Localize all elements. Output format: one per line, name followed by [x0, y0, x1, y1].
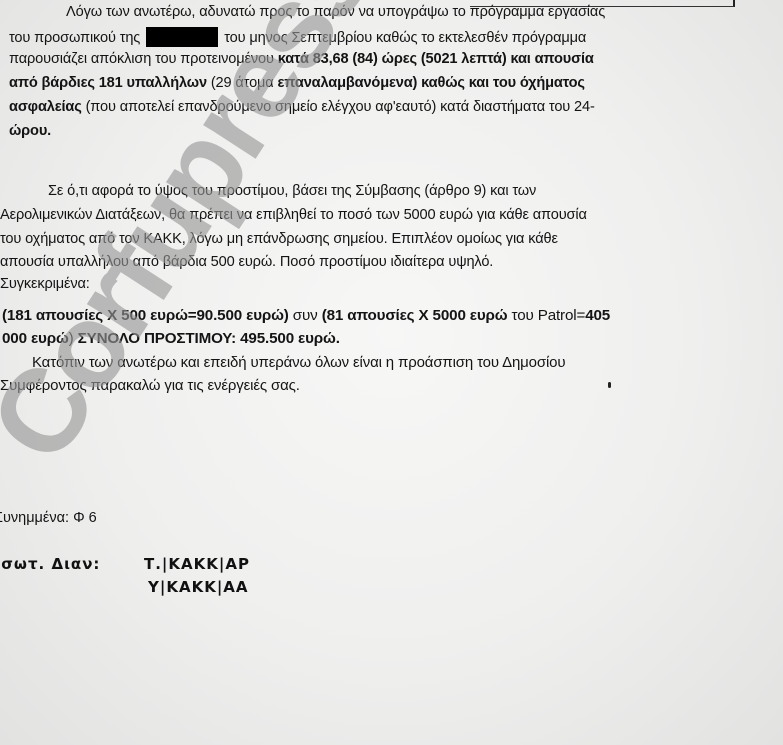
bold-text: (181 απουσίες Χ 500 ευρώ=90.500 ευρώ)	[2, 307, 289, 324]
text: συν	[289, 307, 322, 324]
text: του μηνος Σεπτεμβρίου καθώς το εκτελεσθέ…	[224, 30, 586, 46]
paragraph3-line2: Συμφέροντος παρακαλώ για τις ενέργειές σ…	[0, 377, 300, 394]
bold-text: 405	[585, 307, 610, 324]
attachments-line: Συνημμένα: Φ 6	[0, 510, 97, 526]
fine-total: ΣΥΝΟΛΟ ΠΡΟΣΤΙΜΟΥ: 495.500 ευρώ.	[78, 330, 340, 347]
paragraph1-line5: ασφαλείας (που αποτελεί επανδρούμενο σημ…	[9, 99, 595, 115]
paragraph2-line2: Αερολιμενικών Διατάξεων, θα πρέπει να επ…	[0, 207, 587, 223]
bold-text: ασφαλείας	[9, 99, 82, 115]
distribution-line1: Τ.|ΚΑΚΚ|ΑΡ	[144, 555, 250, 573]
bold-text: επαναλαμβανόμενα) καθώς και του όχήματος	[278, 75, 585, 91]
paragraph2-line3: του οχήματος από τον ΚΑΚΚ, λόγω μη επάνδ…	[0, 231, 558, 247]
text: (29 άτομα	[207, 75, 278, 91]
text: του Patrol=	[507, 307, 585, 324]
paragraph3-line1: Κατόπιν των ανωτέρω και επειδή υπεράνω ό…	[32, 354, 565, 371]
paragraph1-line6: ώρου.	[9, 123, 51, 139]
calculation-line2: 000 ευρώ) ΣΥΝΟΛΟ ΠΡΟΣΤΙΜΟΥ: 495.500 ευρώ…	[2, 330, 340, 347]
calculation-line1: (181 απουσίες Χ 500 ευρώ=90.500 ευρώ) συ…	[2, 307, 610, 324]
paragraph2-line5: Συγκεκριμένα:	[0, 276, 90, 292]
paragraph1-line1: Λόγω των ανωτέρω, αδυνατώ προς το παρόν …	[66, 4, 605, 20]
paragraph1-line2: του προσωπικού τηςτου μηνος Σεπτεμβρίου …	[9, 27, 586, 47]
bold-text: κατά 83,68 (84) ώρες (5021 λεπτά) και απ…	[278, 51, 594, 67]
scanned-document-page: Λόγω των ανωτέρω, αδυνατώ προς το παρόν …	[0, 0, 783, 745]
bold-text: (81 απουσίες Χ 5000 ευρώ	[322, 307, 508, 324]
text: παρουσιάζει απόκλιση του προτεινομένου	[9, 51, 278, 67]
redaction-box	[146, 27, 218, 47]
paragraph1-line3: παρουσιάζει απόκλιση του προτεινομένου κ…	[9, 51, 594, 67]
paragraph1-line4: από βάρδιες 181 υπαλλήλων (29 άτομα επαν…	[9, 75, 585, 91]
ink-speck	[608, 382, 611, 388]
text: (που αποτελεί επανδρούμενο σημείο ελέγχο…	[82, 99, 595, 115]
text: του προσωπικού της	[9, 30, 140, 46]
distribution-line2: Υ|ΚΑΚΚ|ΑΑ	[148, 578, 249, 596]
bold-text: 000 ευρώ	[2, 330, 69, 347]
paragraph2-line1: Σε ό,τι αφορά το ύψος του προστίμου, βάσ…	[48, 183, 536, 199]
distribution-label: Εσωτ. Διαν:	[0, 555, 100, 573]
text: )	[69, 330, 78, 347]
bold-text: από βάρδιες 181 υπαλλήλων	[9, 75, 207, 91]
paragraph2-line4: απουσία υπαλλήλου από βάρδια 500 ευρώ. Π…	[0, 254, 493, 270]
